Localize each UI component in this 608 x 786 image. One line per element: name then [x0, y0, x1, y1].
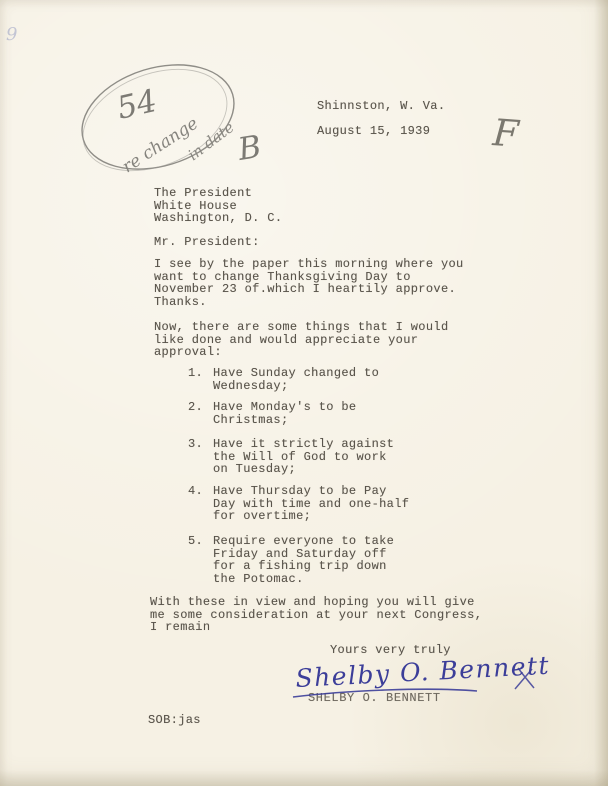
letter-page: Shinnston, W. Va. August 15, 1939 The Pr… — [0, 0, 608, 786]
list-item-text: Require everyone to take Friday and Satu… — [213, 535, 473, 586]
valediction: Yours very truly — [330, 644, 451, 657]
corner-pencil-mark: 9 — [6, 24, 17, 45]
signature-flourish — [515, 668, 534, 689]
list-item: 3. Have it strictly against the Will of … — [188, 438, 488, 476]
typed-signature: SHELBY O. BENNETT — [308, 692, 441, 705]
list-item: 2. Have Monday's to be Christmas; — [188, 401, 488, 439]
list-item-number: 3. — [188, 438, 203, 451]
typist-reference: SOB:jas — [148, 714, 201, 727]
circled-number: 54 — [114, 83, 161, 127]
list-item-text: Have Thursday to be Pay Day with time an… — [213, 485, 473, 523]
closing-paragraph: With these in view and hoping you will g… — [150, 596, 510, 634]
list-item: 4. Have Thursday to be Pay Day with time… — [188, 485, 488, 523]
annotation-note-line1: re change — [119, 114, 202, 178]
list-item-text: Have Monday's to be Christmas; — [213, 401, 473, 426]
body-paragraph-2: Now, there are some things that I would … — [154, 321, 494, 359]
place-date-block: Shinnston, W. Va. August 15, 1939 — [317, 87, 445, 151]
list-item: 5. Require everyone to take Friday and S… — [188, 535, 488, 573]
signature-script: Shelby O. Bennett — [295, 651, 551, 693]
oval-outline — [69, 47, 247, 186]
list-item-text: Have Sunday changed to Wednesday; — [213, 367, 473, 392]
list-item-text: Have it strictly against the Will of God… — [213, 438, 473, 476]
check-mark: F — [490, 111, 521, 156]
salutation: Mr. President: — [154, 236, 260, 249]
list-item-number: 4. — [188, 485, 203, 498]
recipient-address: The President White House Washington, D.… — [154, 187, 282, 225]
body-paragraph-1: I see by the paper this morning where yo… — [154, 258, 494, 309]
list-item-number: 1. — [188, 367, 203, 380]
annotation-initial: B — [235, 129, 264, 168]
list-item-number: 5. — [188, 535, 203, 548]
oval-outline-retrace — [68, 50, 241, 190]
date-line: August 15, 1939 — [317, 125, 445, 138]
list-item-number: 2. — [188, 401, 203, 414]
oval-annotation: 54 re change in date B — [68, 47, 263, 189]
place-line: Shinnston, W. Va. — [317, 100, 445, 113]
annotation-note-line2: in date — [185, 118, 238, 164]
